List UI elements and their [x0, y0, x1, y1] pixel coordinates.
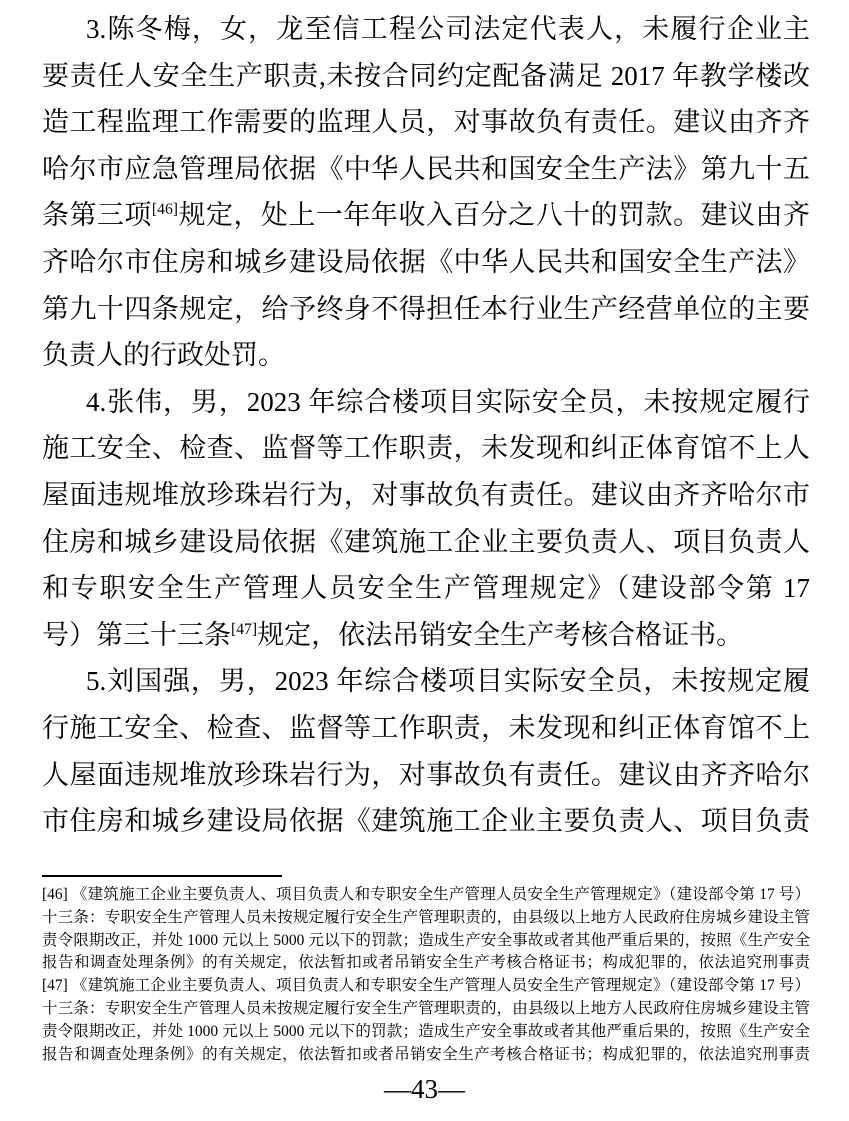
- footnote-text-line: 报告和调查处理条例》的有关规定，依法暂扣或者吊销安全生产考核合格证书；构成犯罪的…: [42, 952, 810, 975]
- footnote-text-line: [47] 《建筑施工企业主要负责人、项目负责人和专职安全生产管理人员安全生产管理…: [42, 975, 810, 998]
- body-text-line: 施工安全、检查、监督等工作职责，未发现和纠正体育馆不上人: [42, 425, 810, 472]
- footnote-text-line: 责令限期改正，并处 1000 元以上 5000 元以下的罚款；造成生产安全事故或…: [42, 1021, 810, 1044]
- document-page: 3.陈冬梅，女，龙至信工程公司法定代表人，未履行企业主要责任人安全生产职责,未按…: [0, 0, 849, 1121]
- footnote-text-line: 十三条：专职安全生产管理人员未按规定履行安全生产管理职责的，由县级以上地方人民政…: [42, 907, 810, 930]
- body-text-line: 齐哈尔市住房和城乡建设局依据《中华人民共和国安全生产法》: [42, 239, 810, 286]
- body-text-line: 市住房和城乡建设局依据《建筑施工企业主要负责人、项目负责: [42, 798, 810, 845]
- footnote-text-line: 责令限期改正，并处 1000 元以上 5000 元以下的罚款；造成生产安全事故或…: [42, 930, 810, 953]
- body-text-line: 要责任人安全生产职责,未按合同约定配备满足 2017 年教学楼改: [42, 53, 810, 100]
- body-text-line: 屋面违规堆放珍珠岩行为，对事故负有责任。建议由齐齐哈尔市: [42, 472, 810, 519]
- body-text-line: 哈尔市应急管理局依据《中华人民共和国安全生产法》第九十五: [42, 146, 810, 193]
- body-text-line: 住房和城乡建设局依据《建筑施工企业主要负责人、项目负责人: [42, 519, 810, 566]
- report-body: 3.陈冬梅，女，龙至信工程公司法定代表人，未履行企业主要责任人安全生产职责,未按…: [42, 6, 810, 845]
- body-text-line: 4.张伟，男，2023 年综合楼项目实际安全员，未按规定履行: [42, 379, 810, 426]
- body-text-line: 行施工安全、检查、监督等工作职责，未发现和纠正体育馆不上: [42, 705, 810, 752]
- footnote-text-line: 十三条：专职安全生产管理人员未按规定履行安全生产管理职责的，由县级以上地方人民政…: [42, 998, 810, 1021]
- body-text-line: 条第三项[46]规定，处上一年年收入百分之八十的罚款。建议由齐: [42, 192, 810, 239]
- body-text-line: 号）第三十三条[47]规定，依法吊销安全生产考核合格证书。: [42, 612, 810, 659]
- footnotes-section: [46] 《建筑施工企业主要负责人、项目负责人和专职安全生产管理人员安全生产管理…: [42, 884, 810, 1066]
- body-text-line: 5.刘国强，男，2023 年综合楼项目实际安全员，未按规定履: [42, 658, 810, 705]
- footnote-text-line: 报告和调查处理条例》的有关规定，依法暂扣或者吊销安全生产考核合格证书；构成犯罪的…: [42, 1044, 810, 1067]
- footnote-text-line: [46] 《建筑施工企业主要负责人、项目负责人和专职安全生产管理人员安全生产管理…: [42, 884, 810, 907]
- body-text-line: 负责人的行政处罚。: [42, 332, 810, 379]
- body-text-line: 第九十四条规定，给予终身不得担任本行业生产经营单位的主要: [42, 286, 810, 333]
- page-number: —43—: [0, 1074, 849, 1105]
- body-text-line: 造工程监理工作需要的监理人员，对事故负有责任。建议由齐齐: [42, 99, 810, 146]
- body-text-line: 和专职安全生产管理人员安全生产管理规定》（建设部令第 17: [42, 565, 810, 612]
- footnote-separator-rule: [42, 875, 282, 877]
- body-text-line: 3.陈冬梅，女，龙至信工程公司法定代表人，未履行企业主: [42, 6, 810, 53]
- body-text-line: 人屋面违规堆放珍珠岩行为，对事故负有责任。建议由齐齐哈尔: [42, 752, 810, 799]
